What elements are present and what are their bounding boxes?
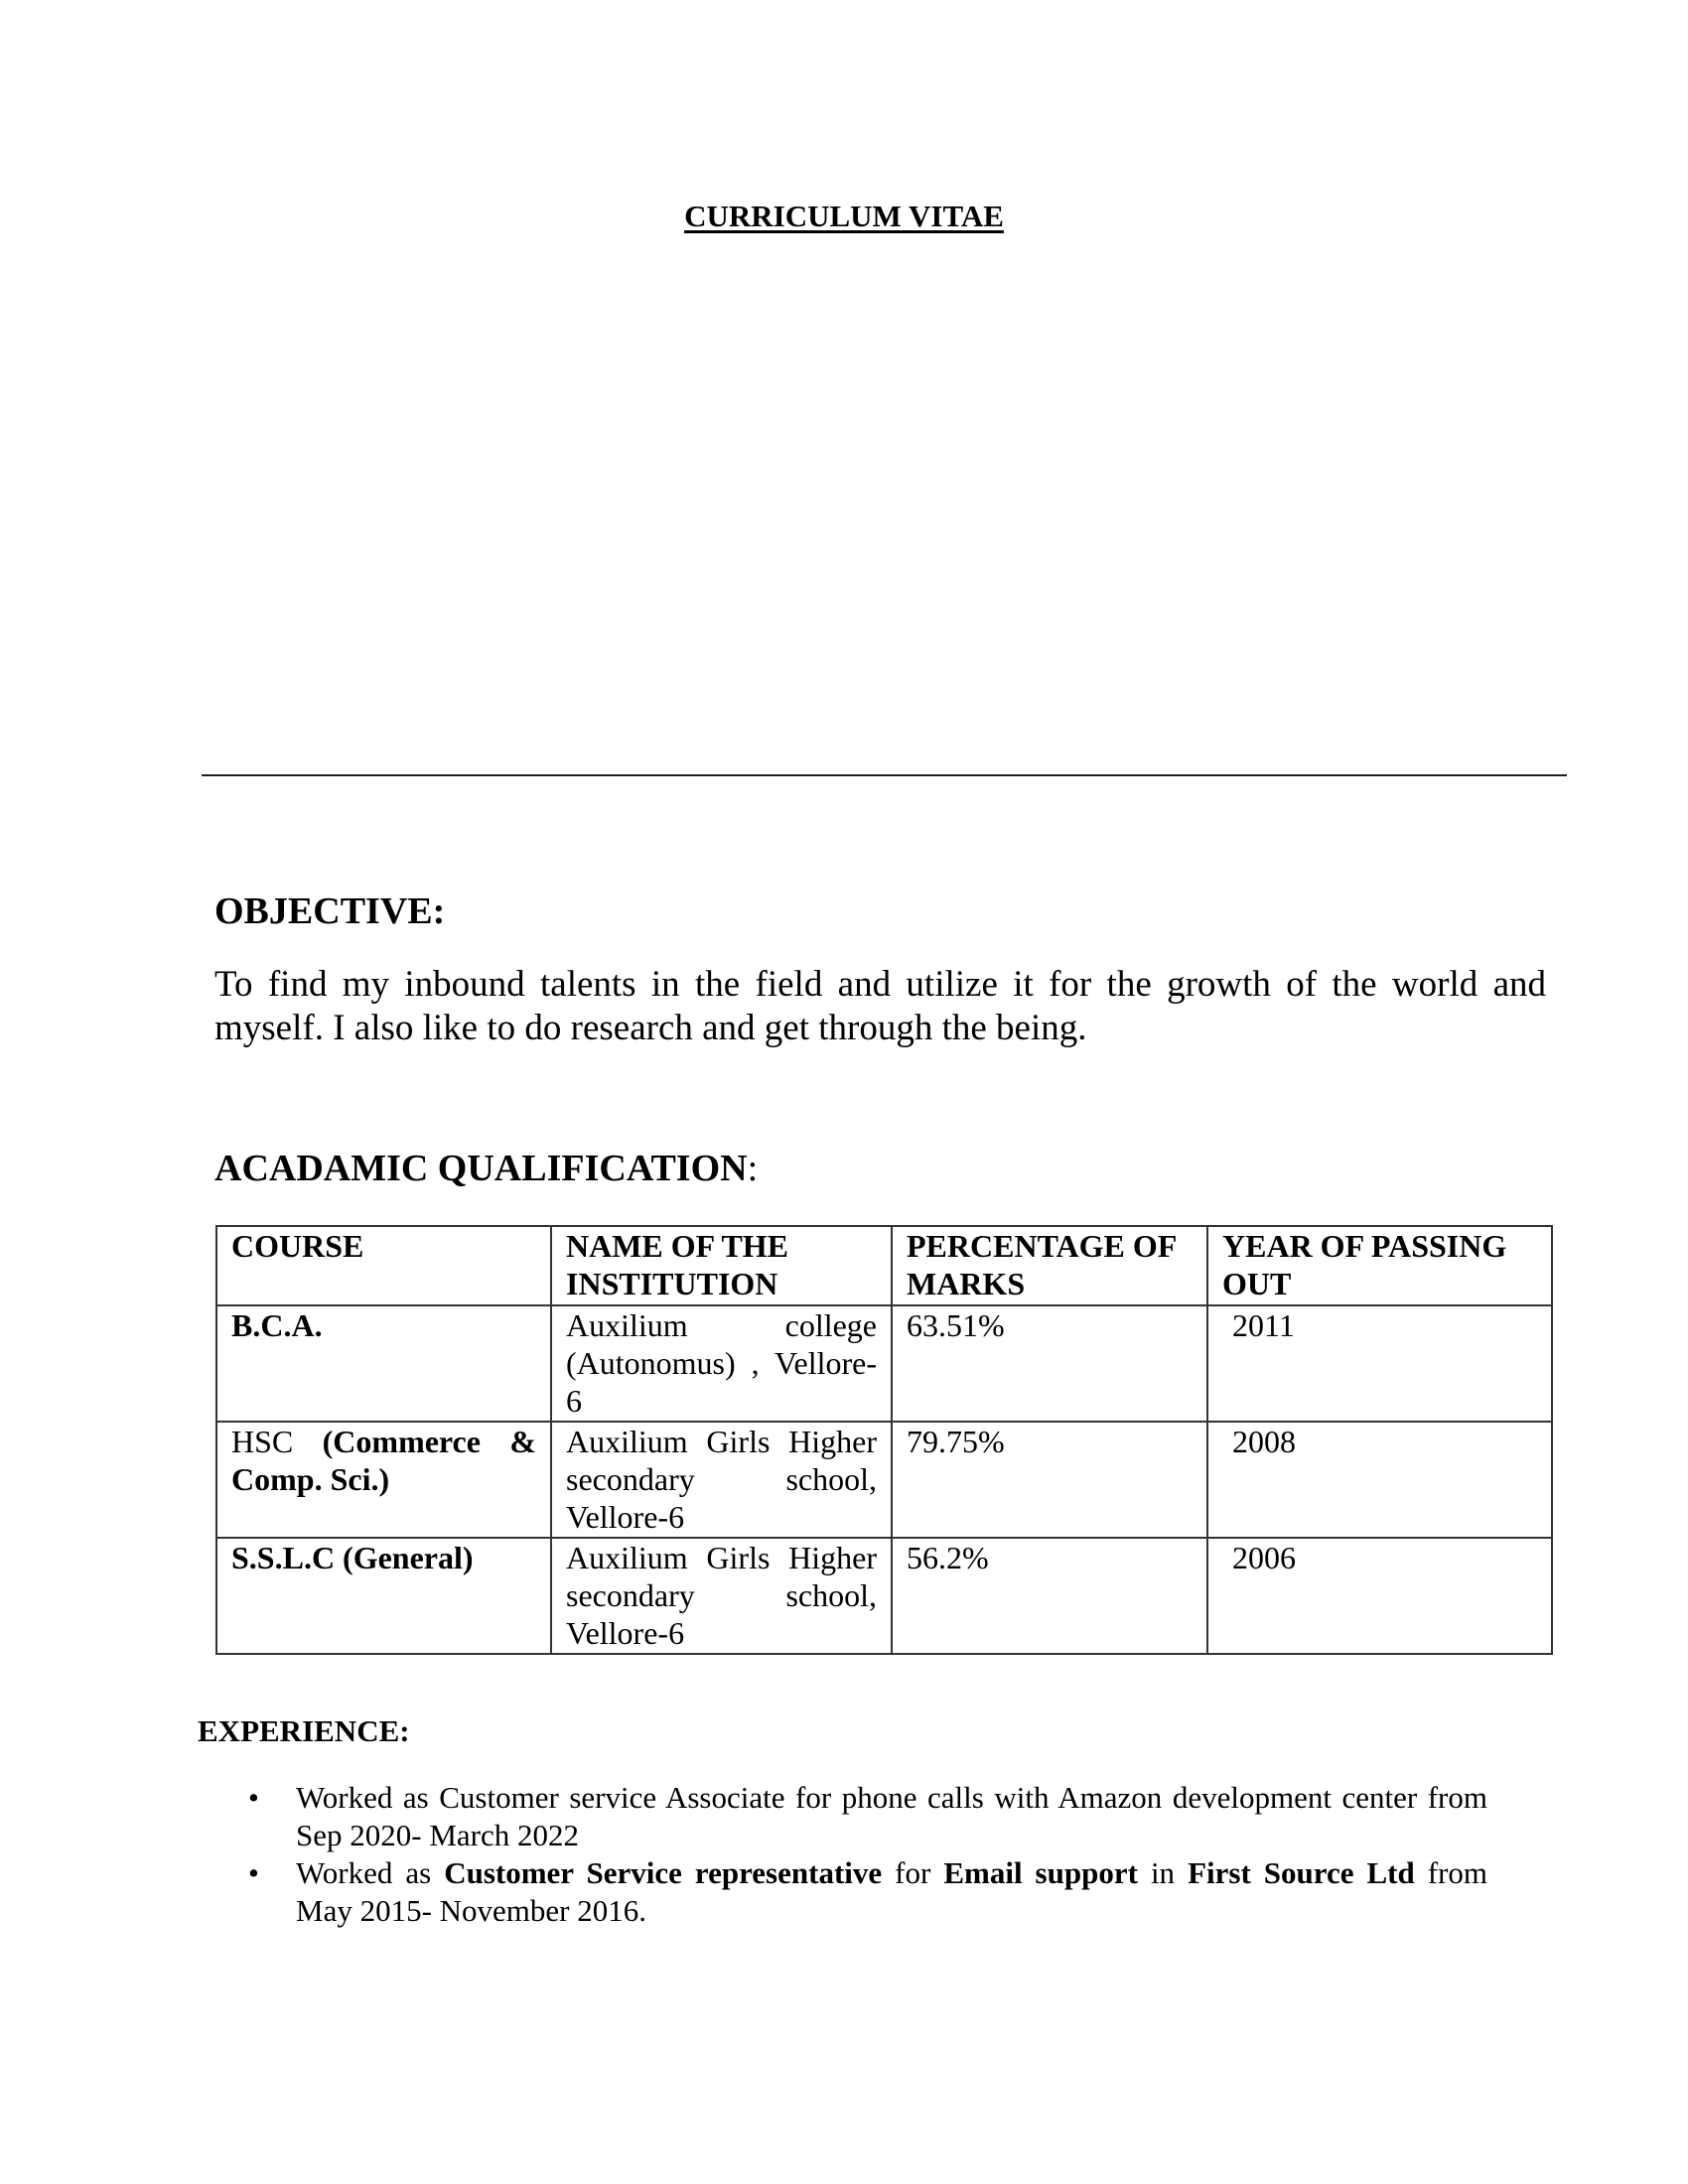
experience-emphasis: First Source Ltd [1188,1855,1415,1890]
experience-heading: EXPERIENCE: [198,1711,410,1751]
experience-text: Worked as [296,1855,444,1890]
column-header-percentage: PERCENTAGE OF MARKS [892,1226,1207,1305]
horizontal-divider [202,774,1567,776]
academic-heading-text: ACADAMIC QUALIFICATION [214,1148,748,1189]
experience-item: •Worked as Customer service Associate fo… [296,1779,1487,1854]
cell-institution: Auxilium college (Autonomus) , Vellore-6 [551,1305,892,1422]
experience-emphasis: Customer Service representative [444,1855,882,1890]
academic-heading: ACADAMIC QUALIFICATION: [214,1147,758,1190]
experience-text: Worked as Customer service Associate for… [296,1780,1487,1852]
cell-percentage: 56.2% [892,1538,1207,1654]
qualification-table: COURSE NAME OF THE INSTITUTION PERCENTAG… [215,1225,1553,1655]
bullet-icon: • [248,1779,259,1817]
cell-year: 2011 [1207,1305,1552,1422]
experience-text: in [1138,1855,1188,1890]
table-row: B.C.A.Auxilium college (Autonomus) , Vel… [216,1305,1552,1422]
cell-year: 2006 [1207,1538,1552,1654]
document-title: CURRICULUM VITAE [0,197,1688,236]
bullet-icon: • [248,1854,259,1892]
cell-course: B.C.A. [216,1305,551,1422]
course-name: S.S.L.C (General) [231,1540,474,1575]
table-row: HSC (Commerce & Comp. Sci.)Auxilium Girl… [216,1422,1552,1538]
cell-percentage: 63.51% [892,1305,1207,1422]
table-row: S.S.L.C (General)Auxilium Girls Higher s… [216,1538,1552,1654]
cell-institution: Auxilium Girls Higher secondary school, … [551,1422,892,1538]
experience-text: for [882,1855,943,1890]
cell-course: HSC (Commerce & Comp. Sci.) [216,1422,551,1538]
column-header-year: YEAR OF PASSING OUT [1207,1226,1552,1305]
course-name: B.C.A. [231,1307,323,1343]
cell-institution: Auxilium Girls Higher secondary school, … [551,1538,892,1654]
column-header-institution: NAME OF THE INSTITUTION [551,1226,892,1305]
academic-heading-colon: : [748,1148,759,1189]
objective-heading: OBJECTIVE: [214,889,445,933]
cell-percentage: 79.75% [892,1422,1207,1538]
cell-year: 2008 [1207,1422,1552,1538]
experience-emphasis: Email support [943,1855,1138,1890]
objective-text: To find my inbound talents in the field … [214,963,1546,1050]
cell-course: S.S.L.C (General) [216,1538,551,1654]
column-header-course: COURSE [216,1226,551,1305]
experience-item: •Worked as Customer Service representati… [296,1854,1487,1930]
document-title-text: CURRICULUM VITAE [684,199,1004,233]
experience-list: •Worked as Customer service Associate fo… [296,1779,1487,1930]
table-header-row: COURSE NAME OF THE INSTITUTION PERCENTAG… [216,1226,1552,1305]
course-prefix: HSC [231,1424,323,1459]
